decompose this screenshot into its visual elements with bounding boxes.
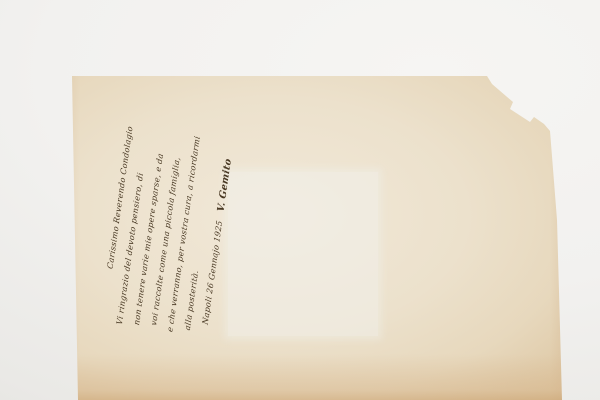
signature: V. Gemito	[216, 157, 234, 213]
mount-ghost-rectangle	[228, 172, 378, 336]
photo-backdrop: Carissimo Reverendo Condolagio Vi ringra…	[0, 0, 600, 400]
